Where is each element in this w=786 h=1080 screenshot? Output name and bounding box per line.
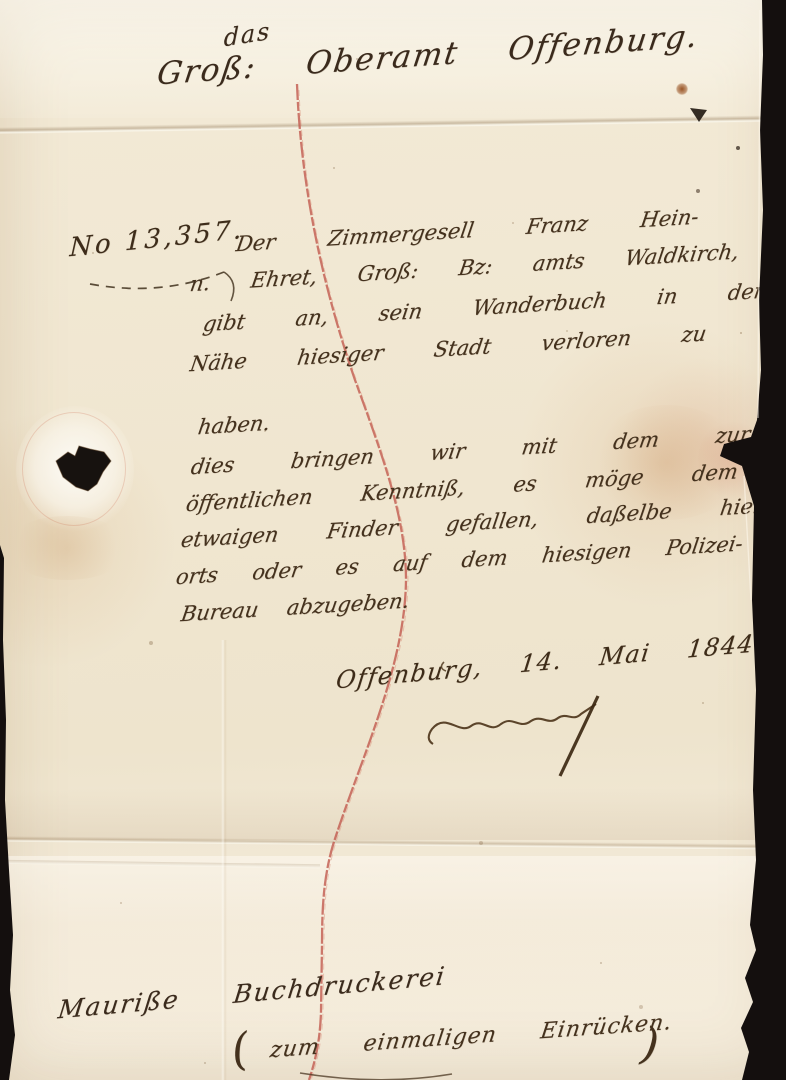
scanned-letter-page: das Groß: Oberamt Offenburg. No 13,357. …: [0, 0, 786, 1080]
foxing-spot: [676, 83, 688, 95]
body-line: haben.: [196, 411, 272, 440]
stain-left-edge: [4, 516, 130, 580]
vertical-crease: [221, 640, 227, 1080]
paper-shadow-band: [0, 788, 786, 840]
ink-specks: [0, 0, 2, 2]
wax-seal-ring: [22, 412, 126, 526]
